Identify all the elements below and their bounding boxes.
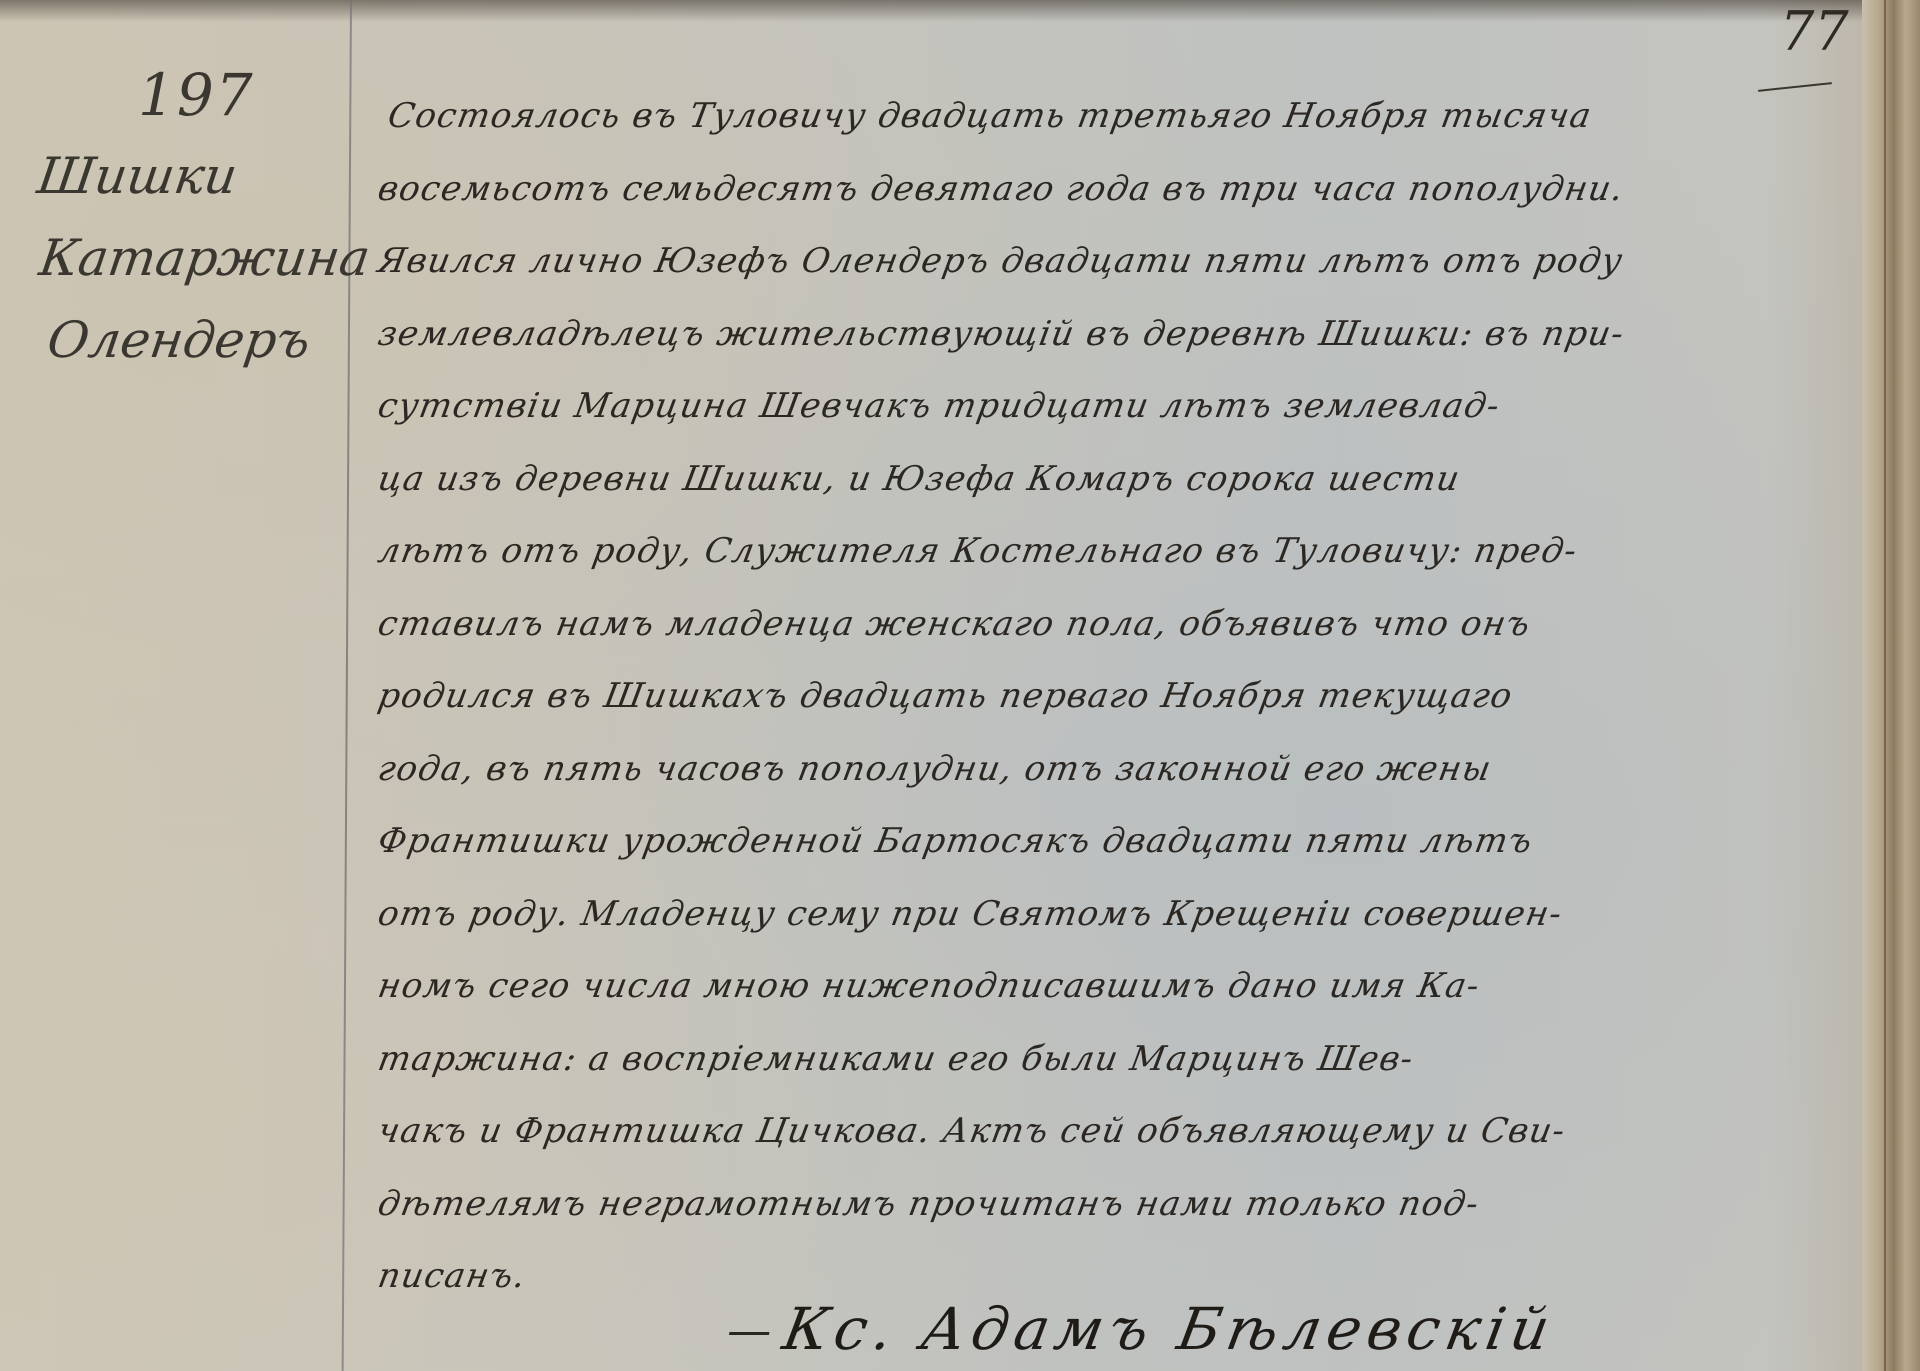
record-line: отъ роду. Младенцу сему при Святомъ Крещ…	[372, 878, 1865, 951]
record-page: 197 Шишки Катаржина Олендеръ 77 Состояло…	[0, 0, 1920, 1371]
signature-dash	[729, 1332, 770, 1335]
book-page-edge	[1862, 0, 1920, 1371]
record-line: таржина: а воспріемниками его были Марци…	[372, 1023, 1865, 1096]
record-line: сутствіи Марцина Шевчакъ тридцати лѣтъ з…	[372, 370, 1865, 443]
margin-rule	[342, 0, 352, 1371]
record-line: землевладѣлецъ жительствующій въ деревнѣ…	[372, 298, 1865, 371]
record-line: чакъ и Франтишка Цичкова. Актъ сей объяв…	[372, 1095, 1865, 1168]
record-line: восемьсотъ семьдесятъ девятаго года въ т…	[372, 153, 1865, 226]
margin-father-surname: Олендеръ	[42, 299, 336, 381]
record-line: года, въ пять часовъ пополудни, отъ зако…	[372, 733, 1865, 806]
margin-child-name: Катаржина	[34, 217, 336, 299]
entry-number: 197	[138, 55, 330, 135]
record-line: Состоялось въ Туловичу двадцать третьяго…	[372, 80, 1865, 153]
record-line: родился въ Шишкахъ двадцать перваго Нояб…	[372, 660, 1865, 733]
record-body: Состоялось въ Туловичу двадцать третьяго…	[372, 80, 1852, 1313]
folio-number: 77	[1780, 0, 1849, 63]
record-line: дѣтелямъ неграмотнымъ прочитанъ нами тол…	[372, 1168, 1865, 1241]
top-shadow	[0, 0, 1920, 22]
record-line: ставилъ намъ младенца женскаго пола, объ…	[372, 588, 1865, 661]
record-line: лѣтъ отъ роду, Служителя Костельнаго въ …	[372, 515, 1865, 588]
record-line: ца изъ деревни Шишки, и Юзефа Комаръ сор…	[372, 443, 1865, 516]
priest-signature: Кс. Адамъ Бѣлевскій	[724, 1295, 1836, 1363]
signature-text: Кс. Адамъ Бѣлевскій	[778, 1295, 1561, 1363]
record-line: Явился лично Юзефъ Олендеръ двадцати пят…	[372, 225, 1865, 298]
margin-entry: 197 Шишки Катаржина Олендеръ	[30, 55, 330, 381]
record-line: номъ сего числа мною нижеподписавшимъ да…	[372, 950, 1865, 1023]
margin-village: Шишки	[32, 135, 336, 217]
record-line: Франтишки урожденной Бартосякъ двадцати …	[372, 805, 1865, 878]
